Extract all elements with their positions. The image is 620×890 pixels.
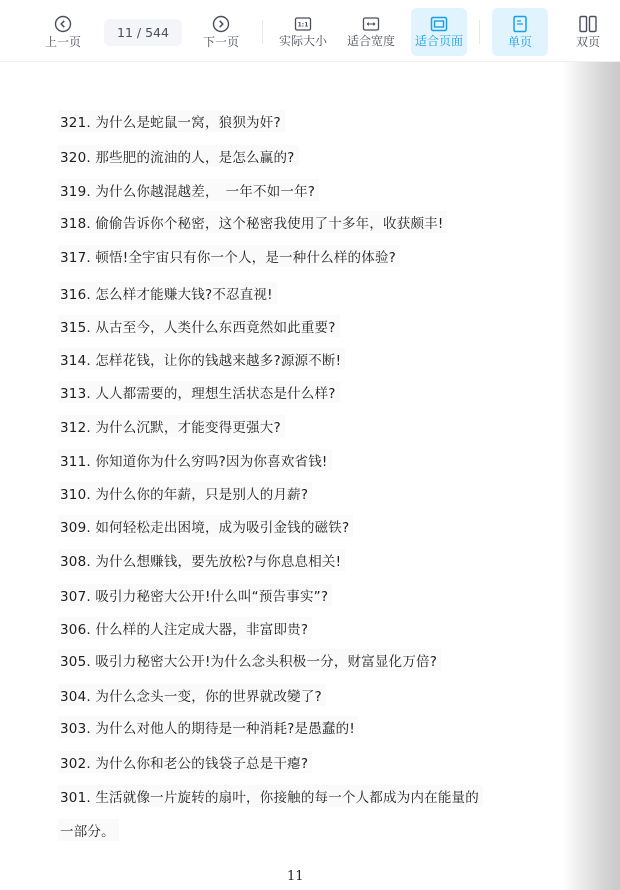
- one-to-one-icon: 1:1: [294, 16, 312, 32]
- page-edge-shadow: [563, 62, 620, 890]
- svg-text:1:1: 1:1: [298, 22, 309, 29]
- double-page-icon: [578, 15, 598, 33]
- toolbar-divider: [262, 20, 263, 44]
- document-line: 321. 为什么是蛇鼠一窝，狼狈为奸?: [58, 110, 285, 132]
- document-line: 302. 为什么你和老公的钱袋子总是干瘪?: [58, 751, 312, 773]
- page-indicator-text: 11 / 544: [117, 25, 169, 40]
- fit-width-button[interactable]: 适合宽度: [342, 8, 400, 56]
- document-line: 304. 为什么念头一变，你的世界就改變了?: [58, 684, 326, 706]
- single-page-label: 单页: [508, 35, 532, 49]
- double-page-button[interactable]: 双页: [562, 8, 614, 56]
- double-page-label: 双页: [576, 35, 600, 49]
- document-line: 311. 你知道你为什么穷吗?因为你喜欢省钱!: [58, 449, 332, 471]
- chevron-left-circle-icon: [54, 15, 72, 33]
- prev-page-button[interactable]: 上一页: [38, 8, 88, 56]
- page-indicator-input[interactable]: 11 / 544: [104, 19, 182, 46]
- viewer-toolbar: 上一页 11 / 544 下一页 1:1 实际大小 适合宽度 适合页面 单页: [0, 0, 620, 62]
- document-line: 303. 为什么对他人的期待是一种消耗?是愚蠢的!: [58, 716, 359, 738]
- document-line: 301. 生活就像一片旋转的扇叶，你接触的每一个人都成为内在能量的: [58, 785, 483, 807]
- document-line: 一部分。: [58, 819, 119, 841]
- next-page-button[interactable]: 下一页: [196, 8, 246, 56]
- document-line: 307. 吸引力秘密大公开!什么叫“预告事实”?: [58, 584, 332, 606]
- single-page-icon: [512, 15, 528, 33]
- document-line: 313. 人人都需要的，理想生活状态是什么样?: [58, 381, 340, 403]
- document-line: 319. 为什么你越混越差， 一年不如一年?: [58, 179, 319, 201]
- document-line: 306. 什么样的人注定成大器，非富即贵?: [58, 617, 312, 639]
- fit-width-label: 适合宽度: [347, 34, 395, 48]
- single-page-button[interactable]: 单页: [492, 8, 548, 56]
- fit-page-icon: [430, 16, 448, 32]
- next-page-label: 下一页: [203, 35, 239, 49]
- document-line: 312. 为什么沉默，才能变得更强大?: [58, 415, 285, 437]
- document-line: 310. 为什么你的年薪，只是别人的月薪?: [58, 482, 312, 504]
- document-line: 316. 怎么样才能赚大钱?不忍直视!: [58, 282, 277, 304]
- prev-page-label: 上一页: [45, 35, 81, 49]
- chevron-right-circle-icon: [212, 15, 230, 33]
- actual-size-label: 实际大小: [279, 34, 327, 48]
- fit-page-label: 适合页面: [415, 34, 463, 48]
- document-line: 317. 顿悟!全宇宙只有你一个人，是一种什么样的体验?: [58, 245, 400, 267]
- document-line: 314. 怎样花钱，让你的钱越来越多?源源不断!: [58, 348, 345, 370]
- fit-page-button[interactable]: 适合页面: [411, 8, 467, 56]
- actual-size-button[interactable]: 1:1 实际大小: [274, 8, 332, 56]
- document-line: 309. 如何轻松走出困境，成为吸引金钱的磁铁?: [58, 515, 353, 537]
- document-line: 315. 从古至今，人类什么东西竟然如此重要?: [58, 315, 340, 337]
- document-line: 308. 为什么想赚钱，要先放松?与你息息相关!: [58, 549, 345, 571]
- toolbar-divider: [479, 20, 480, 44]
- document-line: 320. 那些肥的流油的人，是怎么赢的?: [58, 145, 299, 167]
- document-line: 318. 偷偷告诉你个秘密，这个秘密我使用了十多年，收获颇丰!: [58, 211, 447, 233]
- fit-width-icon: [362, 16, 380, 32]
- document-line: 305. 吸引力秘密大公开!为什么念头积极一分，财富显化万倍?: [58, 649, 441, 671]
- page-number-footer: 11: [287, 869, 304, 884]
